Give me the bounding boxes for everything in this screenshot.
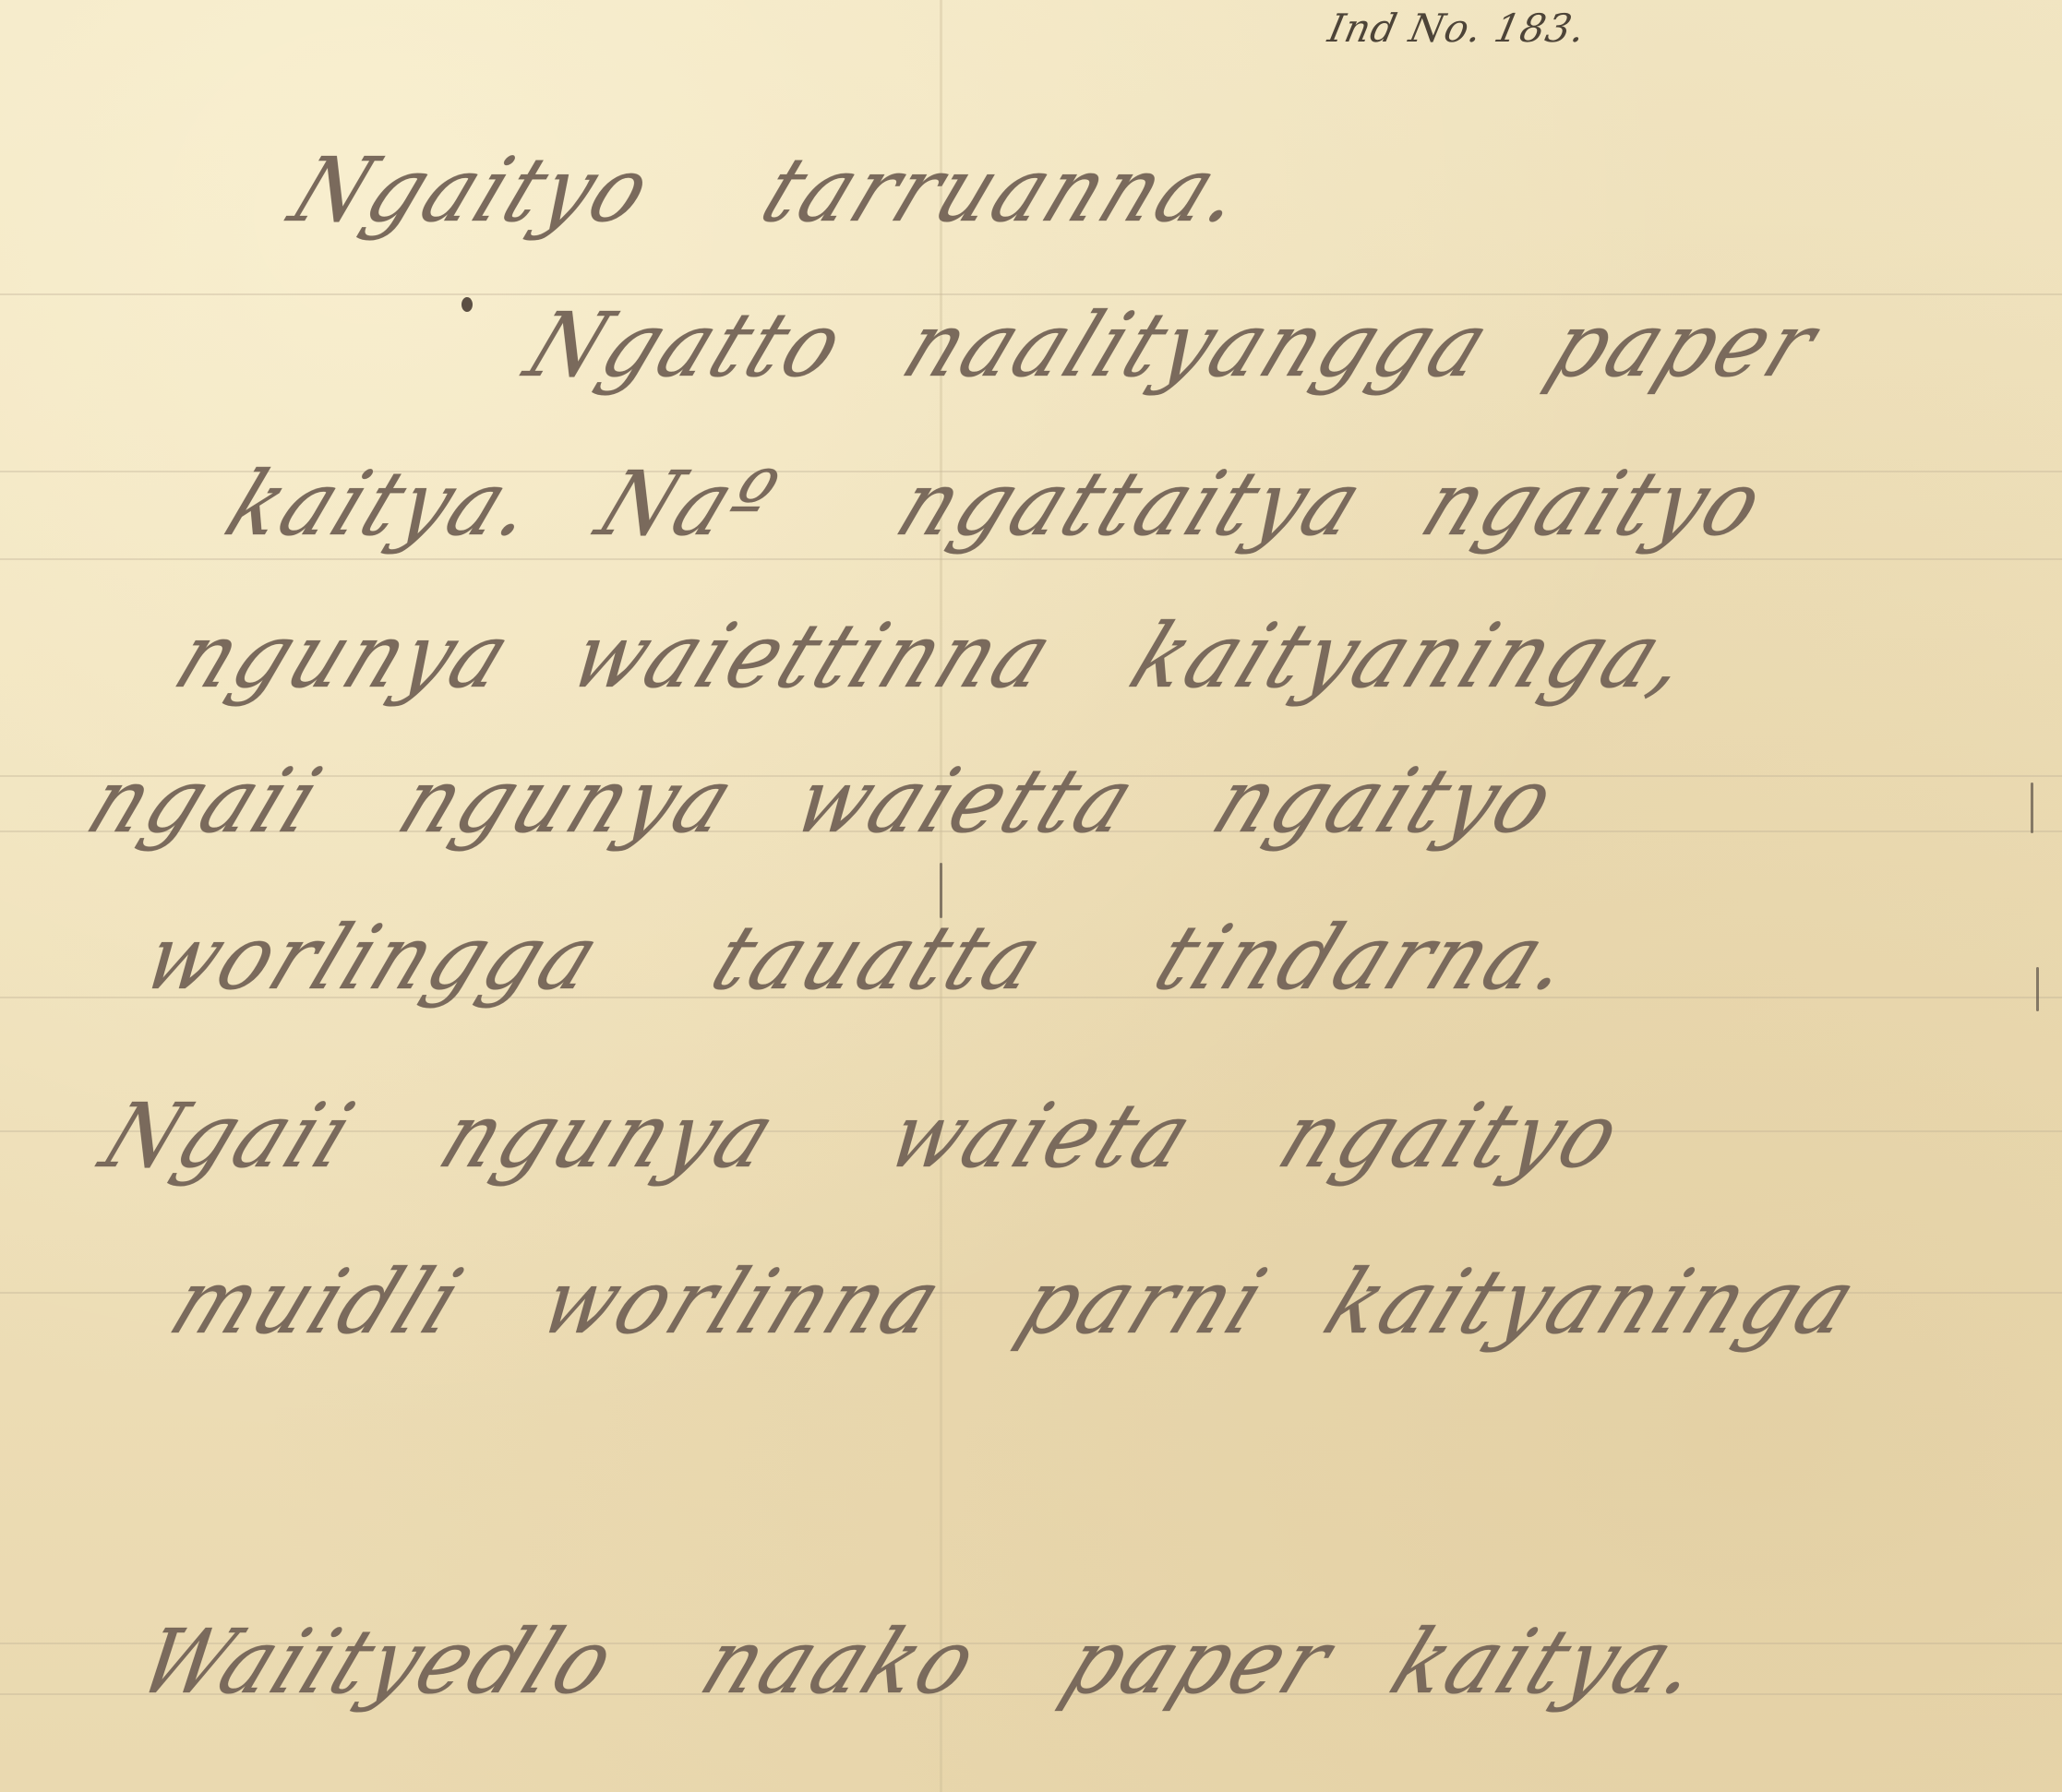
word: paper bbox=[1050, 1610, 1349, 1714]
word: Waiityedlo bbox=[125, 1610, 632, 1714]
manuscript-title-line: Ngaityo tarruanna. bbox=[277, 138, 1264, 242]
word: ngunya bbox=[385, 749, 751, 853]
manuscript-line: Ngaii ngunya waieta ngaityo bbox=[88, 1084, 1638, 1188]
margin-mark bbox=[2031, 783, 2033, 833]
word: waietta bbox=[780, 749, 1152, 853]
manuscript-line: ngaii ngunya waietta ngaityo bbox=[74, 749, 1572, 853]
word: ngaityo bbox=[1265, 1084, 1638, 1188]
word: kaitya. bbox=[1377, 1610, 1720, 1714]
word: kaityaninga, bbox=[1117, 604, 1708, 708]
manuscript-line: muidli worlinna parni kaityaninga bbox=[157, 1250, 1874, 1354]
word: ngaityo bbox=[1199, 749, 1572, 853]
word: waieta bbox=[873, 1084, 1209, 1188]
word: paper bbox=[1535, 293, 1834, 397]
manuscript-closing-line: Waiityedlo naako paper kaitya. bbox=[125, 1610, 1720, 1714]
word: worlingga bbox=[129, 906, 617, 1009]
ruling-line bbox=[0, 558, 2062, 560]
manuscript-page: Ind No. 183. Ngaityo tarruanna. Ngatto n… bbox=[0, 0, 2062, 1792]
word: Ngatto bbox=[512, 293, 861, 397]
word: naalityangga bbox=[890, 293, 1507, 397]
word: ngaii bbox=[74, 749, 338, 853]
word: tauatta bbox=[698, 906, 1060, 1009]
manuscript-line: worlingga tauatta tindarna. bbox=[129, 906, 1591, 1009]
word: muidli bbox=[157, 1250, 479, 1354]
margin-mark bbox=[2036, 967, 2039, 1011]
word: Ngaii bbox=[88, 1084, 371, 1188]
manuscript-line: ngunya waiettinna kaityaninga, bbox=[162, 604, 1708, 708]
word: waiettinna bbox=[557, 604, 1070, 708]
word: ngattaitya bbox=[883, 452, 1380, 556]
word: parni bbox=[1006, 1250, 1283, 1354]
word: ngaityo bbox=[1409, 452, 1781, 556]
manuscript-line: Ngatto naalityangga paper bbox=[512, 293, 1834, 397]
manuscript-line: kaitya. Naº ngattaitya ngaityo bbox=[212, 452, 1780, 556]
bullet-dot bbox=[462, 297, 473, 312]
word: kaityaninga bbox=[1311, 1250, 1873, 1354]
catalogue-number: Ind No. 183. bbox=[1325, 6, 1590, 51]
word: kaitya. bbox=[212, 452, 556, 556]
word: ngunya bbox=[162, 604, 528, 708]
word: Naº bbox=[583, 452, 794, 556]
word: worlinna bbox=[526, 1250, 959, 1354]
word: Ngaityo bbox=[277, 138, 668, 242]
word: tindarna. bbox=[1141, 906, 1591, 1009]
word: tarruanna. bbox=[748, 138, 1264, 242]
word: naako bbox=[688, 1610, 995, 1714]
word: ngunya bbox=[426, 1084, 793, 1188]
